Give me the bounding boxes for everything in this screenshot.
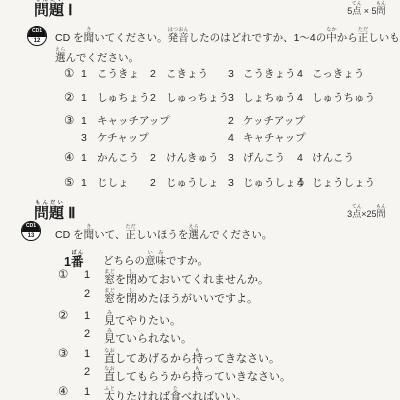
option-number: 1 <box>81 177 87 189</box>
circled-number: ② <box>58 310 68 323</box>
test-page: 問題もんだい Ⅰ 5点てん × 5問もん CD1 12 CD を聞きいてください… <box>0 0 400 400</box>
option-text: けんこう <box>312 152 354 164</box>
question-row: ④ 1 かんこう 2 けんきゅう 3 げんこう 4 けんこう <box>0 152 400 167</box>
question-line: ③ 1 直なおしてあげるから持もってきなさい。 <box>0 348 400 362</box>
section1-instruction: CD を聞きいてください。発音はつおんしたのはどれですか、1〜4の中なかから正た… <box>55 27 400 67</box>
option-text: こっきょう <box>312 68 364 80</box>
option-text: 太ふとりたければ食たべればいい。 <box>104 386 247 400</box>
option-number: 1 <box>84 348 90 361</box>
option-text: げんこう <box>243 152 285 164</box>
option-number: 1 <box>84 269 90 282</box>
option-text: 直なおしてもらうから持もっていきなさい。 <box>104 366 291 384</box>
option-number: 2 <box>228 115 234 127</box>
circled-number: ④ <box>64 152 74 165</box>
section2-points: 3点てん×25問もん <box>347 204 386 220</box>
option-text: ケッチアップ <box>243 115 305 127</box>
option-number: 3 <box>228 68 234 80</box>
question-line: 2 見みていられない。 <box>0 328 400 342</box>
option-text: 見みてやりたい。 <box>104 310 181 328</box>
option-text: こうきょ <box>97 68 139 80</box>
section2-instruction: CD を聞きいて、正ただしいほうを選えらんでください。 <box>55 224 272 244</box>
cd-label: CD1 <box>22 222 40 232</box>
option-number: 1 <box>81 68 87 80</box>
option-number: 3 <box>228 92 234 104</box>
option-text: こうきょう <box>243 68 296 80</box>
option-text: けんきゅう <box>166 152 219 164</box>
option-number: 1 <box>81 152 87 164</box>
option-number: 1 <box>81 115 87 127</box>
question-line: ① 1 窓まどを閉しめておいてくれませんか。 <box>0 269 400 283</box>
option-number: 2 <box>84 288 90 301</box>
option-text: しゅちょう <box>97 92 150 104</box>
option-text: 窓まどを閉しめたほうがいいですよ。 <box>104 288 258 306</box>
option-text: 直なおしてあげるから持もってきなさい。 <box>104 348 280 366</box>
option-text: じゅうしょ <box>166 177 219 189</box>
question-line: ④ 1 太ふとりたければ食たべればいい。 <box>0 386 400 400</box>
cd-track-number: 12 <box>28 37 46 45</box>
option-number: 4 <box>297 177 303 189</box>
option-text: じしょ <box>97 177 129 189</box>
option-text: しゅうちゅう <box>312 92 375 104</box>
circled-number: ③ <box>64 115 74 128</box>
option-text: 窓まどを閉しめておいてくれませんか。 <box>104 269 269 287</box>
option-text: かんこう <box>97 152 139 164</box>
item-prompt: どちらの意味いみですか。 <box>103 250 208 267</box>
option-number: 2 <box>150 68 156 80</box>
option-text: キャチャップ <box>243 132 306 144</box>
option-text: じょうしょう <box>312 177 375 189</box>
question-line: 2 窓まどを閉しめたほうがいいですよ。 <box>0 288 400 302</box>
instruction-line: CD を聞きいてください。発音はつおんしたのはどれですか、1〜4の中なかから正た… <box>55 27 400 47</box>
instruction-line: 選えらんでください。 <box>55 47 400 67</box>
item-header: 1番ばん どちらの意味いみですか。 <box>0 250 400 264</box>
circled-number: ① <box>58 269 68 282</box>
option-text: しょちゅう <box>243 92 296 104</box>
option-number: 2 <box>84 366 90 379</box>
option-number: 2 <box>150 177 156 189</box>
option-text: キャッチアップ <box>97 115 170 127</box>
circled-number: ③ <box>58 348 68 361</box>
option-number: 2 <box>150 92 156 104</box>
question-row: ⑤ 1 じしょ 2 じゅうしょ 3 じゅうしょう 4 じょうしょう <box>0 177 400 192</box>
cd-track-icon: CD1 13 <box>21 221 41 241</box>
cd-label: CD1 <box>28 27 46 37</box>
option-number: 3 <box>228 177 234 189</box>
item-number: 1番ばん <box>64 250 83 269</box>
option-number: 4 <box>297 68 303 80</box>
option-number: 1 <box>84 310 90 323</box>
option-number: 3 <box>228 152 234 164</box>
option-number: 3 <box>81 132 87 144</box>
cd-track-icon: CD1 12 <box>27 26 47 46</box>
option-number: 4 <box>228 132 234 144</box>
circled-number: ④ <box>58 386 68 399</box>
option-text: 見みていられない。 <box>104 328 192 346</box>
option-number: 1 <box>81 92 87 104</box>
circled-number: ⑤ <box>64 177 74 190</box>
instruction-line: CD を聞きいて、正ただしいほうを選えらんでください。 <box>55 224 272 244</box>
question-row: 3 ケチャップ 4 キャチャップ <box>0 132 400 147</box>
option-number: 1 <box>84 386 90 399</box>
option-number: 4 <box>297 92 303 104</box>
circled-number: ② <box>64 92 74 105</box>
question-row: ③ 1 キャッチアップ 2 ケッチアップ <box>0 115 400 130</box>
option-text: ケチャップ <box>97 132 149 144</box>
option-number: 4 <box>297 152 303 164</box>
question-line: ② 1 見みてやりたい。 <box>0 310 400 324</box>
section1-title: 問題もんだい Ⅰ <box>34 0 73 20</box>
question-line: 2 直なおしてもらうから持もっていきなさい。 <box>0 366 400 380</box>
section1-points: 5点てん × 5問もん <box>347 1 386 17</box>
option-text: しゅっちょう <box>166 92 229 104</box>
circled-number: ① <box>64 68 74 81</box>
question-row: ② 1 しゅちょう 2 しゅっちょう 3 しょちゅう 4 しゅうちゅう <box>0 92 400 107</box>
option-text: こきょう <box>166 68 208 80</box>
section2-title: 問題もんだい Ⅱ <box>34 200 76 223</box>
cd-track-number: 13 <box>22 232 40 240</box>
option-number: 2 <box>84 328 90 341</box>
question-row: ① 1 こうきょ 2 こきょう 3 こうきょう 4 こっきょう <box>0 68 400 83</box>
option-number: 2 <box>150 152 156 164</box>
